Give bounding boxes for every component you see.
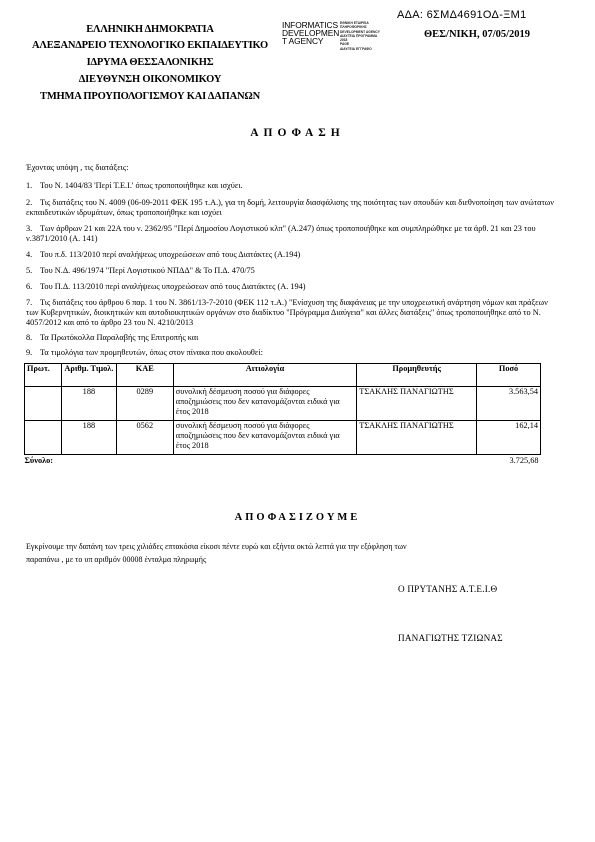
header-department: ΤΜΗΜΑ ΠΡΟΥΠΟΛΟΓΙΣΜΟΥ ΚΑΙ ΔΑΠΑΝΩΝ bbox=[0, 91, 300, 102]
item-text: Τις διατάξεις του Ν. 4009 (06-09-2011 ΦΕ… bbox=[26, 198, 554, 217]
table-total-row: Σύνολο: 3.725,68 bbox=[25, 455, 541, 469]
cell-amount: 162,14 bbox=[477, 421, 541, 455]
table-row: 188 0562 συνολική δέσμευση ποσού για διά… bbox=[25, 421, 541, 455]
cell-supplier: ΤΣΑΚΛΗΣ ΠΑΝΑΓΙΩΤΗΣ bbox=[357, 421, 477, 455]
item-text: Τις διατάξεις του άρθρου 6 παρ. 1 του Ν.… bbox=[26, 298, 548, 327]
place-date: ΘΕΣ/ΝΙΚΗ, 07/05/2019 bbox=[424, 29, 530, 40]
item-text: Τα τιμολόγια των προμηθευτών, όπως στον … bbox=[40, 348, 263, 357]
item-text: Των άρθρων 21 και 22Α του ν. 2362/95 "Πε… bbox=[26, 224, 536, 243]
cell-supplier: ΤΣΑΚΛΗΣ ΠΑΝΑΓΙΩΤΗΣ bbox=[357, 387, 477, 421]
item-number: 8. bbox=[26, 333, 38, 343]
table-header-row: Πρωτ. Αριθμ. Τιμολ. ΚΑΕ Αιτιολογία Προμη… bbox=[25, 364, 541, 387]
col-header-invoice-number: Αριθμ. Τιμολ. bbox=[61, 364, 116, 387]
col-header-supplier: Προμηθευτής bbox=[357, 364, 477, 387]
cell-reason: συνολική δέσμευση ποσού για διάφορες απο… bbox=[173, 421, 357, 455]
legal-item-4: 4. Του π.δ. 113/2010 περί αναλήψεως υποχ… bbox=[26, 250, 556, 260]
item-text: Τα Πρωτόκολλα Παραλαβής της Επιτροπής κα… bbox=[40, 333, 198, 342]
header-institution-city: ΙΔΡΥΜΑ ΘΕΣΣΑΛΟΝΙΚΗΣ bbox=[0, 57, 300, 68]
legal-item-5: 5. Του Ν.Δ. 496/1974 "Περί Λογιστικού ΝΠ… bbox=[26, 266, 556, 276]
item-number: 1. bbox=[26, 181, 38, 191]
cell-protocol bbox=[25, 421, 62, 455]
item-text: Του Π.Δ. 113/2010 περί αναλήψεως υποχρεώ… bbox=[40, 282, 306, 291]
legal-item-7: 7. Τις διατάξεις του άρθρου 6 παρ. 1 του… bbox=[26, 298, 556, 328]
diavgeia-logo: INFORMATICS DEVELOPMEN T AGENCY bbox=[282, 21, 339, 45]
item-text: Του Ν.Δ. 496/1974 "Περί Λογιστικού ΝΠΔΔ"… bbox=[40, 266, 255, 275]
signature-role: Ο ΠΡΥΤΑΝΗΣ Α.Τ.Ε.Ι.Θ bbox=[398, 584, 497, 594]
logo-line-3: T AGENCY bbox=[282, 37, 339, 45]
decision-text-line-1: Εγκρίνουμε την δαπάνη των τρεις χιλιάδες… bbox=[26, 542, 407, 552]
header-institution: ΑΛΕΞΑΝΔΡΕΙΟ ΤΕΧΝΟΛΟΓΙΚΟ ΕΚΠΑΙΔΕΥΤΙΚΟ bbox=[0, 40, 300, 51]
legal-item-9: 9. Τα τιμολόγια των προμηθευτών, όπως στ… bbox=[26, 348, 556, 358]
item-number: 9. bbox=[26, 348, 38, 358]
invoice-table: Πρωτ. Αριθμ. Τιμολ. ΚΑΕ Αιτιολογία Προμη… bbox=[24, 363, 541, 468]
total-label: Σύνολο: bbox=[25, 455, 477, 469]
header-directorate: ΔΙΕΥΘΥΝΣΗ ΟΙΚΟΝΟΜΙΚΟΥ bbox=[0, 74, 300, 85]
legal-item-8: 8. Τα Πρωτόκολλα Παραλαβής της Επιτροπής… bbox=[26, 333, 556, 343]
item-number: 6. bbox=[26, 282, 38, 292]
logo-small-line: ΔΙΑΥΓΕΙΑ ΕΓΓΡΑΦΟ bbox=[340, 47, 380, 51]
cell-kae: 0562 bbox=[116, 421, 173, 455]
legal-item-1: 1. Του Ν. 1404/83 'Περί Τ.Ε.Ι.' όπως τρο… bbox=[26, 181, 556, 191]
item-text: Του π.δ. 113/2010 περί αναλήψεως υποχρεώ… bbox=[40, 250, 300, 259]
intro-text: Έχοντας υπόψη , τις διατάξεις: bbox=[26, 163, 129, 173]
item-number: 4. bbox=[26, 250, 38, 260]
decision-title: ΑΠΟΦΑΣΙΖΟΥΜΕ bbox=[0, 512, 595, 523]
cell-invoice-number: 188 bbox=[61, 387, 116, 421]
total-value: 3.725,68 bbox=[477, 455, 541, 469]
header-country: ΕΛΛΗΝΙΚΗ ΔΗΜΟΚΡΑΤΙΑ bbox=[0, 24, 300, 35]
cell-reason: συνολική δέσμευση ποσού για διάφορες απο… bbox=[173, 387, 357, 421]
col-header-reason: Αιτιολογία bbox=[173, 364, 357, 387]
logo-small-text: ΕΘΝΙΚΗ ΕΤΑΙΡΕΙΑ ΠΛΗΡΟΦΟΡΙΚΗΣ DEVELOPMENT… bbox=[340, 21, 380, 51]
item-number: 7. bbox=[26, 298, 38, 308]
cell-kae: 0289 bbox=[116, 387, 173, 421]
cell-invoice-number: 188 bbox=[61, 421, 116, 455]
item-number: 3. bbox=[26, 224, 38, 234]
item-number: 2. bbox=[26, 198, 38, 208]
signature-name: ΠΑΝΑΓΙΩΤΗΣ ΤΖΙΩΝΑΣ bbox=[398, 633, 503, 643]
decision-text-line-2: παραπάνω , με το υπ αριθμόν 00008 ένταλμ… bbox=[26, 555, 206, 565]
col-header-kae: ΚΑΕ bbox=[116, 364, 173, 387]
legal-item-6: 6. Του Π.Δ. 113/2010 περί αναλήψεως υποχ… bbox=[26, 282, 556, 292]
ada-code: ΑΔΑ: 6ΣΜΔ4691ΟΔ-ΞΜ1 bbox=[397, 9, 527, 21]
cell-amount: 3.563,54 bbox=[477, 387, 541, 421]
item-number: 5. bbox=[26, 266, 38, 276]
legal-item-2: 2. Τις διατάξεις του Ν. 4009 (06-09-2011… bbox=[26, 198, 556, 218]
document-title: ΑΠΟΦΑΣΗ bbox=[0, 127, 595, 139]
col-header-amount: Ποσό bbox=[477, 364, 541, 387]
legal-item-3: 3. Των άρθρων 21 και 22Α του ν. 2362/95 … bbox=[26, 224, 556, 244]
cell-protocol bbox=[25, 387, 62, 421]
col-header-protocol: Πρωτ. bbox=[25, 364, 62, 387]
table-row: 188 0289 συνολική δέσμευση ποσού για διά… bbox=[25, 387, 541, 421]
item-text: Του Ν. 1404/83 'Περί Τ.Ε.Ι.' όπως τροποπ… bbox=[40, 181, 243, 190]
